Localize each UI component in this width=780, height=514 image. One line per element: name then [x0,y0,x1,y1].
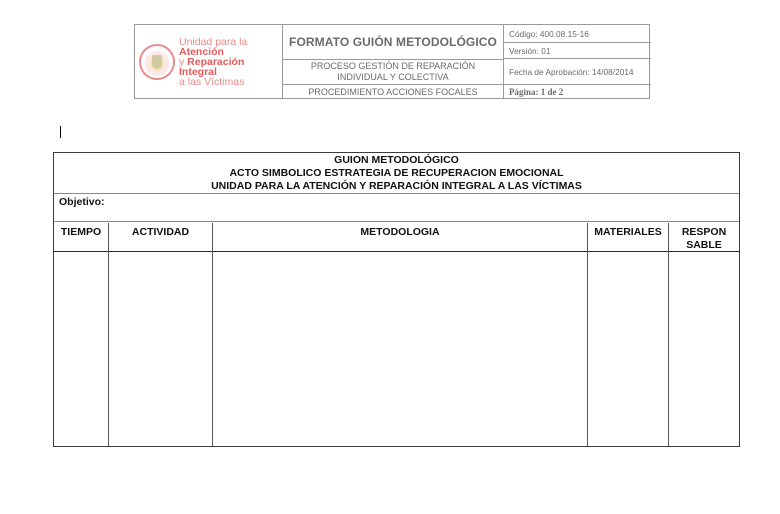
approval-date: Fecha de Aprobación: 14/08/2014 [504,58,651,84]
logo-line3: a las Víctimas [179,77,282,87]
page-number: Página: 1 de 2 [504,84,651,98]
column-metodologia: METODOLOGIA [213,223,588,446]
logo-line2-bold: Reparación Integral [179,56,244,78]
procedure-title: PROCEDIMIENTO ACCIONES FOCALES [283,84,503,98]
cell-tiempo[interactable] [54,252,108,446]
guion-title-line-3: UNIDAD PARA LA ATENCIÓN Y REPARACIÓN INT… [211,180,582,193]
document-version: Versión: 01 [504,42,651,58]
column-header-actividad: ACTIVIDAD [109,223,212,252]
guion-columns: TIEMPO ACTIVIDAD METODOLOGIA MATERIALES … [54,223,739,446]
guion-title-line-1: GUION METODOLÓGICO [334,154,459,167]
column-actividad: ACTIVIDAD [109,223,213,446]
cell-materiales[interactable] [588,252,668,446]
column-responsable: RESPON SABLE [669,223,739,446]
coat-of-arms-icon [139,44,175,80]
organization-logo-text: Unidad para la Atención y Reparación Int… [179,37,282,87]
header-meta-column: Código: 400.08.15-16 Versión: 01 Fecha d… [504,25,651,98]
column-header-responsable: RESPON SABLE [669,223,739,252]
guion-title: GUION METODOLÓGICO ACTO SIMBOLICO ESTRAT… [54,153,739,194]
column-header-tiempo: TIEMPO [54,223,108,252]
cell-responsable[interactable] [669,252,739,446]
column-header-metodologia: METODOLOGIA [213,223,587,252]
objective-label: Objetivo: [59,196,105,208]
process-title: PROCESO GESTIÓN DE REPARACIÓN INDIVIDUAL… [283,59,503,84]
logo-cell: Unidad para la Atención y Reparación Int… [135,25,283,98]
column-tiempo: TIEMPO [54,223,109,446]
text-cursor [60,126,61,138]
guion-table: GUION METODOLÓGICO ACTO SIMBOLICO ESTRAT… [53,152,740,447]
guion-title-line-2: ACTO SIMBOLICO ESTRATEGIA DE RECUPERACIO… [229,167,563,180]
column-materiales: MATERIALES [588,223,669,446]
document-code: Código: 400.08.15-16 [504,25,651,42]
column-header-materiales: MATERIALES [588,223,668,252]
header-title-column: FORMATO GUIÓN METODOLÓGICO PROCESO GESTI… [283,25,504,98]
objective-row[interactable]: Objetivo: [54,194,739,222]
cell-metodologia[interactable] [213,252,587,446]
format-title: FORMATO GUIÓN METODOLÓGICO [283,25,503,59]
document-header: Unidad para la Atención y Reparación Int… [134,24,650,99]
cell-actividad[interactable] [109,252,212,446]
